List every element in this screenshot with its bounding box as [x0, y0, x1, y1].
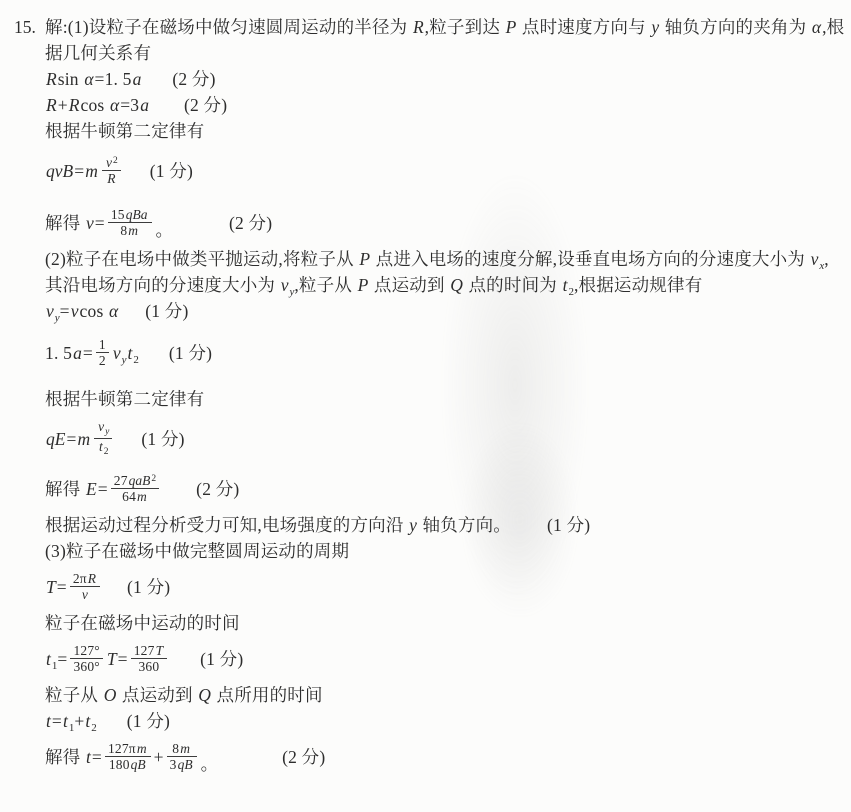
math-var: qaB	[128, 473, 152, 488]
math-var: m	[136, 489, 148, 504]
fraction-numerator: 127T	[131, 643, 167, 659]
solution-line: 粒子在磁场中运动的时间	[45, 610, 847, 636]
math-var: m	[84, 161, 99, 181]
text-run: =	[66, 429, 76, 449]
fraction-denominator: 360	[131, 658, 167, 675]
score-label: (2 分)	[172, 69, 215, 89]
text-run: 360	[138, 659, 159, 674]
fraction-numerator: vy	[94, 419, 112, 438]
solution-line: 根据运动过程分析受力可知,电场强度的方向沿 y 轴负方向。(1 分)	[45, 512, 847, 538]
math-var: R	[106, 171, 116, 186]
math-var: t	[45, 649, 52, 669]
fraction: v2R	[102, 155, 121, 188]
text-run: 1. 5	[45, 343, 72, 363]
subscript: y	[122, 354, 127, 366]
score-label: (2 分)	[229, 213, 272, 233]
text-run: 2π	[73, 571, 87, 586]
text-run: =	[83, 343, 93, 363]
math-var: T	[106, 649, 118, 669]
math-var: v	[105, 155, 113, 170]
math-var: qvB	[45, 161, 74, 181]
math-var: v	[97, 419, 105, 434]
math-var: α	[109, 95, 120, 115]
fraction-denominator: 3qB	[167, 756, 197, 773]
text-run: 127π	[108, 741, 136, 756]
text-run: 解得	[45, 479, 85, 499]
solution-line: 解得 t=127πm180qB+8m3qB。(2 分)	[45, 734, 847, 780]
math-var: m	[127, 223, 139, 238]
math-var: v	[810, 249, 820, 269]
math-var: P	[357, 275, 370, 295]
text-run: 根据牛顿第二定律有	[45, 389, 204, 409]
score-label: (2 分)	[184, 95, 227, 115]
text-run: 轴负方向。	[418, 515, 511, 535]
fraction-numerator: 27qaB2	[111, 473, 159, 489]
text-run: 3	[170, 757, 177, 772]
score-label: (1 分)	[150, 161, 193, 181]
math-var: T	[155, 643, 165, 658]
fraction-denominator: 64m	[111, 488, 159, 505]
text-run: 点运动到	[369, 275, 449, 295]
text-run: =	[98, 479, 108, 499]
text-run: 127°	[73, 643, 99, 658]
text-run: 点所用的时间	[212, 685, 323, 705]
score-label: (2 分)	[196, 479, 239, 499]
fraction-denominator: 360°	[70, 658, 102, 675]
solution-line: 据几何关系有	[45, 40, 847, 66]
math-var: R	[412, 17, 425, 37]
text-run: =3	[120, 95, 139, 115]
math-var: α	[108, 301, 119, 321]
fraction: 15qBa8m	[108, 207, 152, 240]
fraction-numerator: v2	[102, 155, 121, 171]
solution-line: 15.解:(1)设粒子在磁场中做匀速圆周运动的半径为 R,粒子到达 P 点时速度…	[45, 14, 847, 40]
text-run: +	[58, 95, 68, 115]
math-var: v	[112, 343, 122, 363]
math-var: a	[139, 95, 150, 115]
solution-line: T=2πRv(1 分)	[45, 564, 847, 610]
math-var: m	[136, 741, 148, 756]
fraction: 8m3qB	[167, 741, 197, 774]
text-run: 解得	[45, 213, 85, 233]
text-run: =	[92, 747, 102, 767]
math-var: α	[811, 17, 822, 37]
math-var: a	[132, 69, 143, 89]
math-var: Q	[449, 275, 464, 295]
text-run: ,	[824, 249, 829, 269]
text-run: 点运动到	[117, 685, 197, 705]
text-run: 粒子在磁场中运动的时间	[45, 613, 240, 633]
solution-line: t1=127°360°T=127T360(1 分)	[45, 636, 847, 682]
fraction-numerator: 127°	[70, 643, 102, 659]
text-run: 点进入电场的速度分解,设垂直电场方向的分速度大小为	[371, 249, 810, 269]
superscript: 2	[151, 474, 156, 484]
score-label: (1 分)	[127, 577, 170, 597]
solution-line: 解得 E=27qaB264m(2 分)	[45, 466, 847, 512]
text-run: 据几何关系有	[45, 43, 151, 63]
solution-line: (3)粒子在磁场中做完整圆周运动的周期	[45, 538, 847, 564]
solution-line: qE=mvyt2(1 分)	[45, 416, 847, 462]
text-run: =	[57, 649, 67, 669]
fraction-numerator: 2πR	[70, 571, 100, 587]
text-run: +	[74, 711, 84, 731]
text-run: 127	[134, 643, 155, 658]
math-var: v	[85, 213, 95, 233]
score-label: (1 分)	[141, 429, 184, 449]
fraction: 12	[96, 337, 109, 370]
score-label: (1 分)	[145, 301, 188, 321]
solution-line: 1. 5a=12vyt2(1 分)	[45, 330, 847, 376]
solution-line: R+Rcos α=3a(2 分)	[45, 92, 847, 118]
solution-line: 根据牛顿第二定律有	[45, 118, 847, 144]
text-run: =	[118, 649, 128, 669]
text-run: =	[52, 711, 62, 731]
math-var: v	[81, 587, 89, 602]
math-var: v	[45, 301, 55, 321]
fraction: 27qaB264m	[111, 473, 159, 506]
text-run: ,根据运动规律有	[574, 275, 702, 295]
score-label: (1 分)	[169, 343, 212, 363]
solution-line: (2)粒子在电场中做类平抛运动,将粒子从 P 点进入电场的速度分解,设垂直电场方…	[45, 246, 847, 272]
text-run: 1	[99, 337, 106, 352]
text-run: 64	[122, 489, 136, 504]
fraction: vyt2	[94, 419, 112, 458]
math-var: t	[85, 747, 92, 767]
text-run: =	[57, 577, 67, 597]
fraction-denominator: t2	[94, 438, 112, 458]
fraction-numerator: 8m	[167, 741, 197, 757]
solution-line: 粒子从 O 点运动到 Q 点所用的时间	[45, 682, 847, 708]
text-run: ,根	[822, 17, 844, 37]
math-var: qE	[45, 429, 66, 449]
fraction: 127T360	[131, 643, 167, 676]
text-run: 根据牛顿第二定律有	[45, 121, 204, 141]
solution-line: 根据牛顿第二定律有	[45, 386, 847, 412]
text-run: +	[154, 747, 164, 767]
problem-number: 15.	[14, 14, 36, 40]
text-run: =	[60, 301, 70, 321]
math-var: t	[62, 711, 69, 731]
subscript: y	[105, 427, 109, 437]
math-var: qB	[130, 757, 147, 772]
text-run: 粒子从	[45, 685, 103, 705]
fraction: 127°360°	[70, 643, 102, 676]
superscript: 2	[113, 156, 118, 166]
math-var: t	[45, 711, 52, 731]
text-run: ,粒子到达	[425, 17, 505, 37]
math-var: R	[68, 95, 81, 115]
solution-line: 解得 v=15qBa8m。(2 分)	[45, 200, 847, 246]
fraction: 127πm180qB	[105, 741, 151, 774]
solution-content: 15.解:(1)设粒子在磁场中做匀速圆周运动的半径为 R,粒子到达 P 点时速度…	[45, 14, 847, 780]
low-period: 。	[201, 754, 219, 774]
fraction-denominator: R	[102, 170, 121, 187]
document-page: 15.解:(1)设粒子在磁场中做匀速圆周运动的半径为 R,粒子到达 P 点时速度…	[0, 0, 851, 812]
text-run: 轴负方向的夹角为	[660, 17, 811, 37]
math-var: P	[358, 249, 371, 269]
fraction: 2πRv	[70, 571, 100, 604]
score-label: (1 分)	[127, 711, 170, 731]
math-var: P	[505, 17, 518, 37]
text-run: =	[74, 161, 84, 181]
fraction-denominator: v	[70, 586, 100, 603]
text-run: (2)粒子在电场中做类平抛运动,将粒子从	[45, 249, 358, 269]
math-var: T	[45, 577, 57, 597]
solution-line: Rsin α=1. 5a(2 分)	[45, 66, 847, 92]
math-var: α	[83, 69, 94, 89]
math-var: y	[408, 515, 418, 535]
text-run: 其沿电场方向的分速度大小为	[45, 275, 280, 295]
score-label: (2 分)	[282, 747, 325, 767]
solution-line: t=t1+t2(1 分)	[45, 708, 847, 734]
low-period: 。	[156, 220, 174, 240]
text-run: (3)粒子在磁场中做完整圆周运动的周期	[45, 541, 349, 561]
math-var: v	[70, 301, 80, 321]
subscript: 2	[91, 722, 97, 734]
text-run: cos	[80, 301, 109, 321]
math-var: y	[650, 17, 660, 37]
text-run: 360°	[73, 659, 99, 674]
text-run: sin	[58, 69, 84, 89]
text-run: 15	[111, 207, 125, 222]
solution-line: 其沿电场方向的分速度大小为 vy,粒子从 P 点运动到 Q 点的时间为 t2,根…	[45, 272, 847, 298]
math-var: R	[87, 571, 97, 586]
math-var: m	[77, 429, 92, 449]
score-label: (1 分)	[200, 649, 243, 669]
math-var: Q	[197, 685, 212, 705]
text-run: 180	[109, 757, 130, 772]
text-run: 27	[114, 473, 128, 488]
text-run: cos	[80, 95, 109, 115]
math-var: O	[103, 685, 118, 705]
fraction-numerator: 1	[96, 337, 109, 353]
math-var: E	[85, 479, 98, 499]
math-var: v	[280, 275, 290, 295]
solution-line: qvB=mv2R(1 分)	[45, 148, 847, 194]
text-run: 解:(1)设粒子在磁场中做匀速圆周运动的半径为	[45, 17, 412, 37]
math-var: qBa	[125, 207, 149, 222]
text-run: =	[95, 213, 105, 233]
subscript: 2	[133, 354, 139, 366]
fraction-denominator: 2	[96, 352, 109, 369]
math-var: R	[45, 95, 58, 115]
math-var: R	[45, 69, 58, 89]
math-var: qB	[177, 757, 194, 772]
text-run: 解得	[45, 747, 85, 767]
text-run: 根据运动过程分析受力可知,电场强度的方向沿	[45, 515, 408, 535]
solution-line: vy=vcos α(1 分)	[45, 298, 847, 324]
text-run: 2	[99, 353, 106, 368]
math-var: m	[179, 741, 191, 756]
text-run: 8	[172, 741, 179, 756]
text-run: 点的时间为	[464, 275, 562, 295]
text-run: ,粒子从	[294, 275, 356, 295]
text-run: =1. 5	[95, 69, 132, 89]
fraction-numerator: 127πm	[105, 741, 151, 757]
subscript: 2	[104, 447, 109, 457]
text-run: 点时速度方向与	[517, 17, 650, 37]
math-var: a	[72, 343, 83, 363]
fraction-numerator: 15qBa	[108, 207, 152, 223]
score-label: (1 分)	[547, 515, 590, 535]
fraction-denominator: 180qB	[105, 756, 151, 773]
fraction-denominator: 8m	[108, 222, 152, 239]
